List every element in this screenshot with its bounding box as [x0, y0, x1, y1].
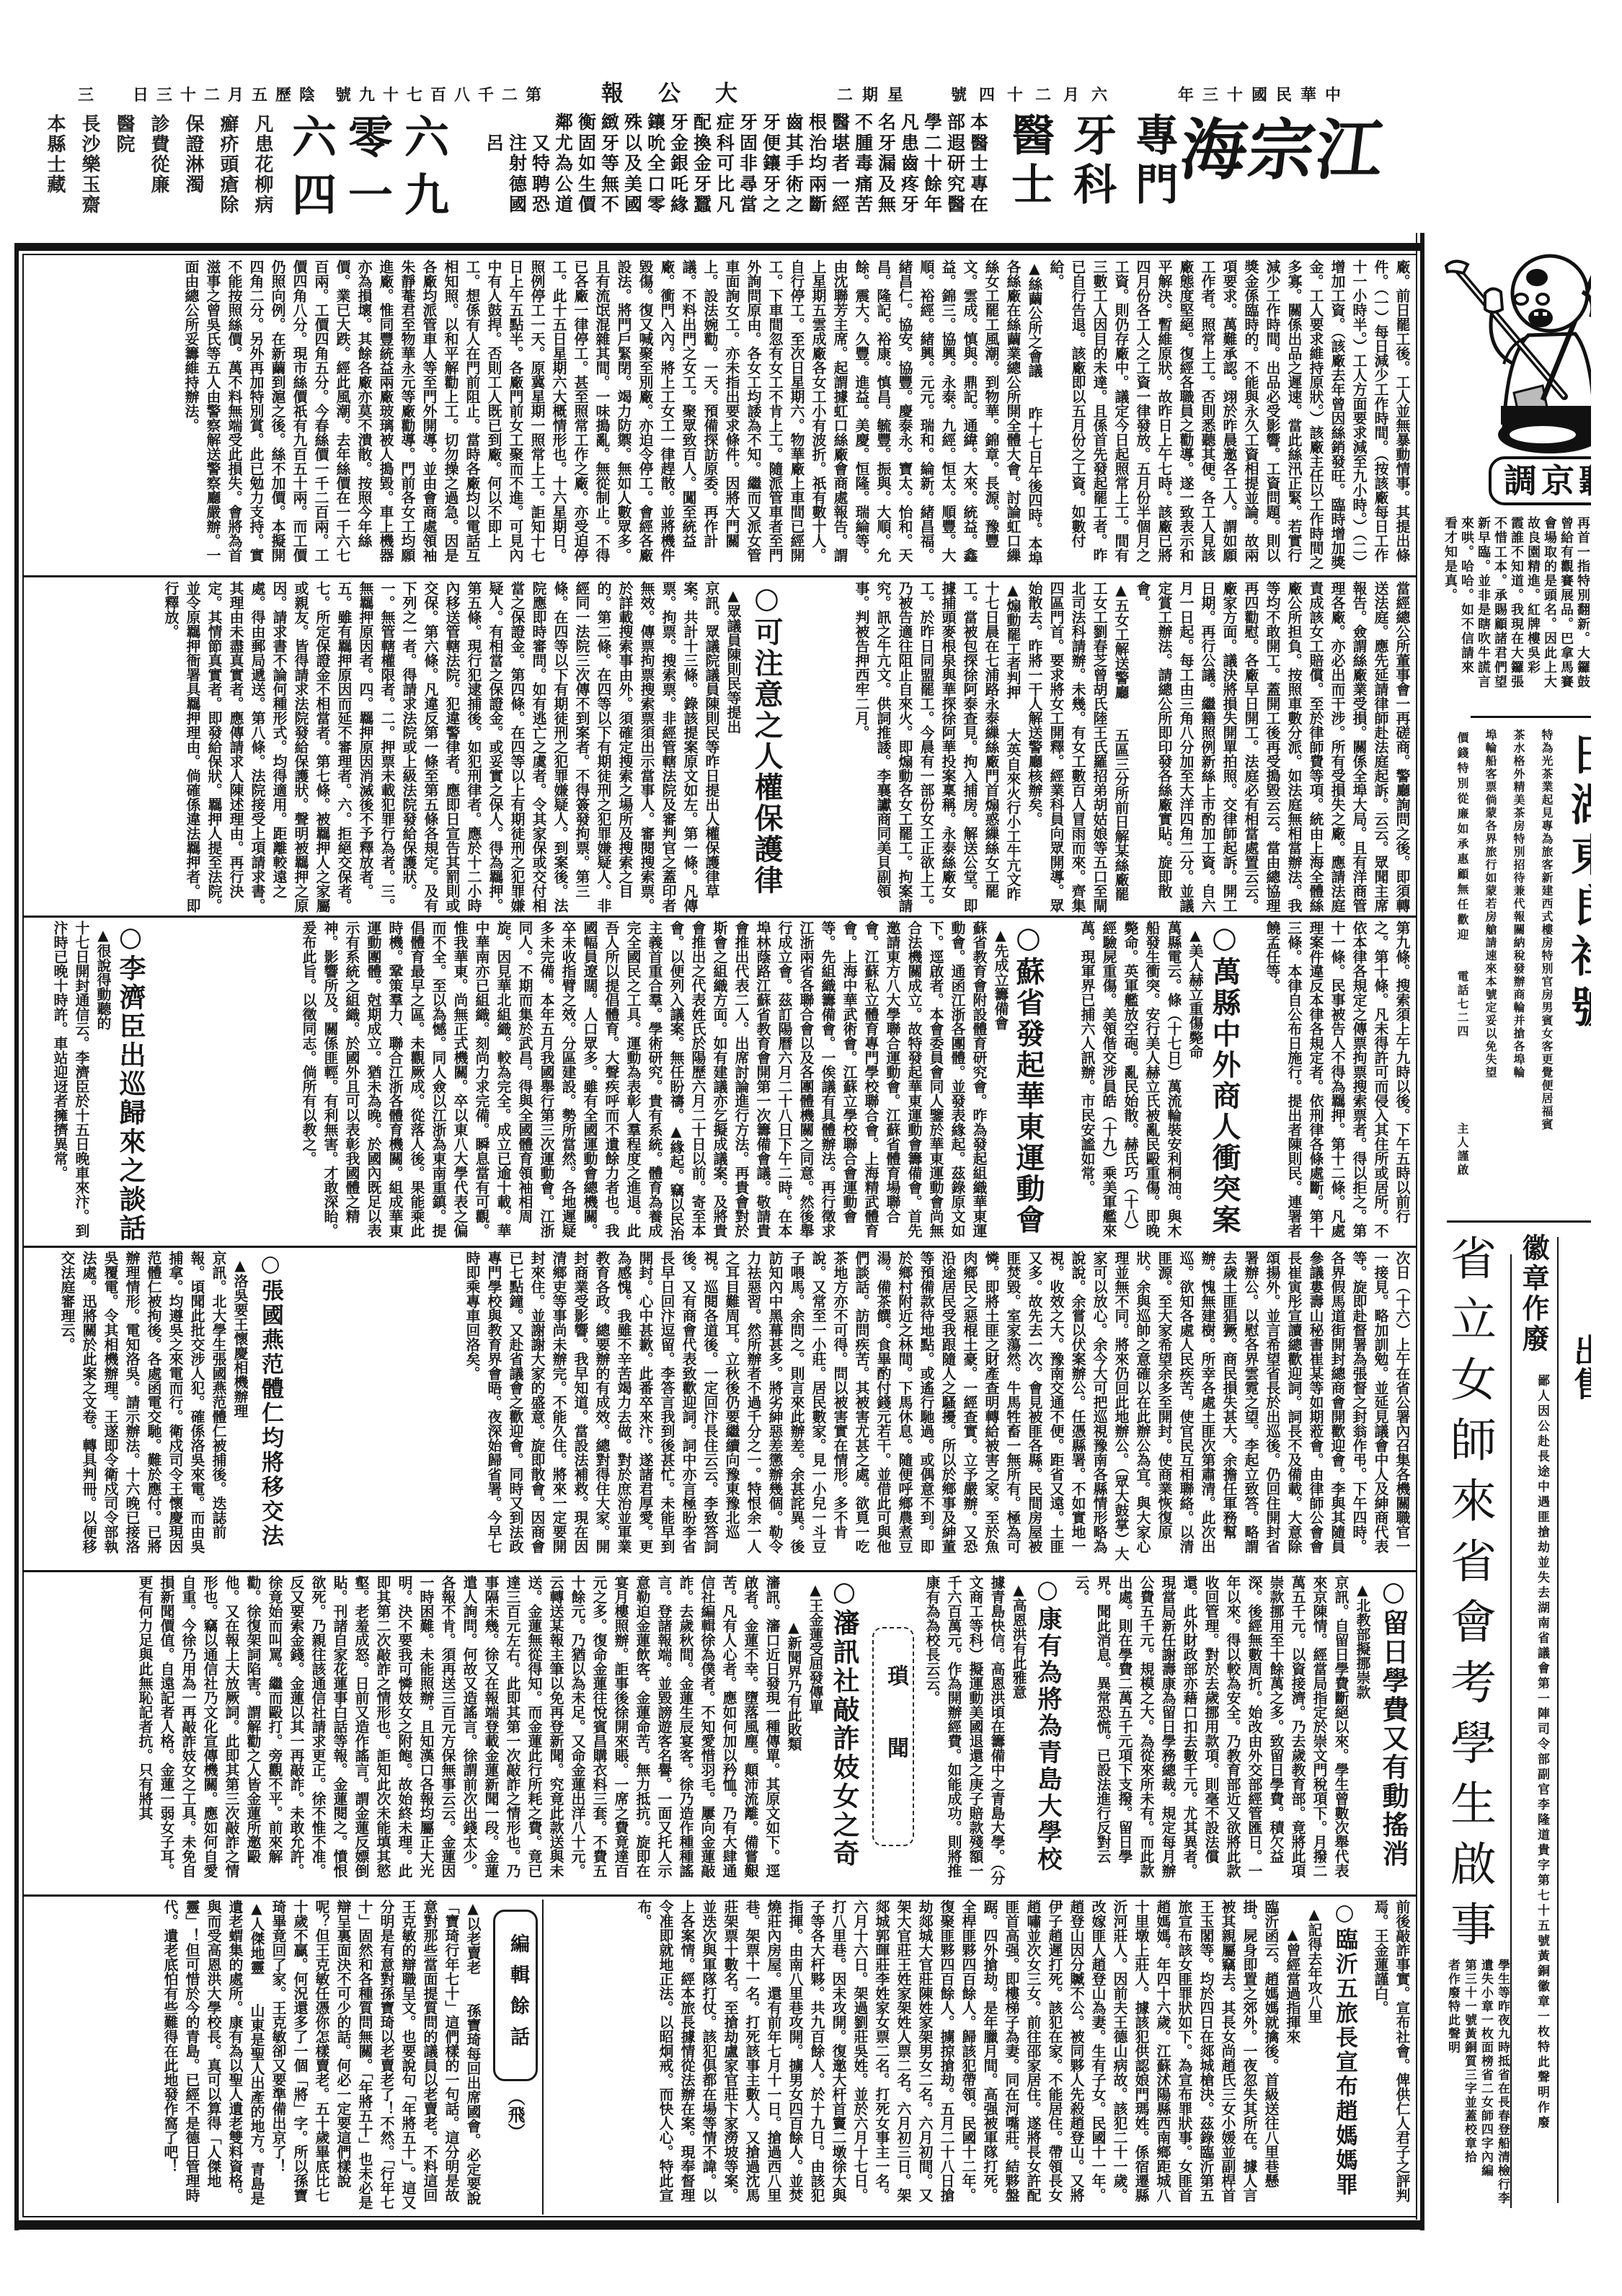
subheading: ▲先成立籌備會	[990, 921, 1011, 1243]
masthead-date: 六月二十四號	[950, 84, 1120, 106]
subheading: ▲煽動罷工者判押	[1004, 581, 1021, 699]
ad-body-row: 在醫年牙無苦經斷之之當凡蠶緣零國不價道恐國	[482, 195, 993, 216]
masthead-newspaper-title: 大公報	[595, 80, 772, 107]
caption-column: 曾給有觀賽展品。巴拿馬賽	[1558, 516, 1574, 705]
girls-school-notice-body: 學生等昨夜九時抵省在長春登船清檢行李 遺失小章一枚面榜省二女師四字內編 第三十一…	[1442, 1959, 1510, 2211]
subheading: ▲北教部擬挪崇款	[1352, 1575, 1373, 1892]
subheading: ▲洛吳要王懷慶相機辦理	[229, 1251, 251, 1567]
headline: ○康有為將為青島大學校長	[1029, 1575, 1067, 1892]
section-divider	[24, 1246, 1416, 1248]
human-rights-law-continuation: 第九條。搜索須上午九時以後。下午五時以前行之。第十條。凡未得許可而侵入其住所或居…	[1244, 921, 1413, 1243]
hotel-ad-body: 特為光茶業起見專為旅客新建西式樓房特別官房男賓女客更覺便居福賓 茶水格外精美茶房…	[1445, 724, 1561, 1179]
dentist-specialty: 專門牙科醫士	[998, 112, 1184, 215]
caption-column: 再首一指特別翻新。大鑼鼓	[1574, 516, 1591, 705]
silk-strike-continuation: 當經總公所董事會一再磋商。警廳詢問之後。即須轉送法庭。應先延請律師赴法庭起訴。云…	[786, 581, 1413, 913]
dentist-ad-body: 本部學凡名不醫根齒牙牙症配牙鑲殊緻衡鄰 醫遐二患牙腫堪治其便固科換金吮以牙固尤又…	[482, 112, 993, 217]
headline: ○蘇省發起華東運動會	[1011, 921, 1047, 1243]
caption-column: 不惜工本。承賜顧諸君們望	[1492, 516, 1508, 705]
notice-column: 者作廢特此聲明	[1444, 1959, 1461, 2211]
headline: ○張國燕范體仁均將移交法庭	[251, 1251, 288, 1567]
badge-notice-title: 徽章作廢	[1517, 1233, 1550, 1357]
subheading: ▲以老賣老	[464, 1900, 482, 1974]
erhu-player-cartoon-icon	[1442, 249, 1591, 458]
caption-column: 看才知是真。	[1442, 516, 1458, 705]
caption-column: 新早臨。並非是瞎吹牛謊言	[1475, 516, 1492, 705]
article-text: 十七日開封通信云。李濟臣於十五日晚車來汴。到汴時已晚十時許。車站迎迓者擁擠異常。	[25, 921, 92, 1243]
section-linyi-editorial: 前後敲詐事實。宣布社會。俾供仁人君子之評判焉。王金蓮謹白。 ○臨沂五旅長宣布趙媽…	[25, 1900, 1413, 2215]
article-text: 當經總公所董事會一再磋商。警廳詢問之後。即須轉送法庭。應先延請律師赴法庭起訴。云…	[1132, 581, 1413, 913]
notice-column: 遺失小章一枚面榜省二女師四字內編	[1477, 1959, 1494, 2211]
section-wanxian-sports-li: 第九條。搜索須上午九時以後。下午五時以前行之。第十條。凡未得許可而侵入其住所或居…	[25, 921, 1413, 1243]
notice-column: 第三十一號黃銅質三字並蓋校章拾	[1461, 1959, 1477, 2211]
left-frame-thick	[14, 243, 19, 2230]
subheading: ▲人傑地靈	[248, 1900, 265, 1974]
cartoon-caption: 再首一指特別翻新。大鑼鼓 曾給有觀賽展品。巴拿馬賽 會場取的是頭名。因此上大 故…	[1436, 516, 1591, 705]
girls-school-notice-title: 省立女師來省會考學生啟事	[1442, 1234, 1496, 1964]
headline: ○萬縣中外商人衝突案	[1206, 921, 1244, 1243]
subheading: ▲記得去年攻八里	[1303, 1900, 1325, 2215]
right-frame-thin	[1416, 233, 1417, 2220]
caption-column: 故良園精進。紅牌樓吳彩	[1525, 516, 1541, 705]
hotel-ad-column: 茶水格外精美茶房特別招待兼代報關納稅發辦商輪并搶各埠輪	[1504, 724, 1533, 1183]
article-text: 萬縣電云。條（十七日）萬流輪裝安利桐油。與木船發生衝突。安行美人赫立氏被亂民毆重…	[1047, 921, 1184, 1243]
newspaper-page: 中華民國十三年 六月二十四號 星期二 大公報 第二千八百七十九號 陰歷五月二十三…	[0, 0, 1622, 2296]
subheading: ▲高恩洪有此雅意	[1008, 1575, 1029, 1892]
masthead-republic-year: 中華民國十三年	[1176, 84, 1350, 106]
section-divider	[24, 1894, 1416, 1897]
article-text: 臨沂函云。趙媽媽就擒後。首級送往八里巷懸掛。屍身即置之郊外。一夜忽失其所在。據人…	[548, 1900, 1282, 2215]
subheading: ▲新聞界乃有此敗類	[783, 1575, 805, 1892]
masthead-issue-number: 第二千八百七十九號	[332, 84, 549, 106]
headline: ○留日學費又有動搖消息	[1373, 1575, 1413, 1892]
trivia-box-column: 瑣聞	[864, 1575, 914, 1892]
caption-column: 會場取的是頭名。因此上大	[1541, 516, 1558, 705]
side-column: 保證淋濁	[176, 114, 210, 222]
article-text: 孫寶琦每回出席國會。必定要說「寶琦行年七十」這們樣的一句話。這分明是故意對那些當…	[270, 1900, 482, 2209]
dentist-phone-bottom: 九一四	[292, 172, 461, 219]
side-column: 凡患花柳病	[245, 114, 280, 222]
cartoon-label: 聽京調	[1489, 456, 1591, 505]
editorial-title-box: 編輯餘話	[493, 1910, 538, 2081]
editorial-header: 編輯餘話 （飛）	[484, 1900, 538, 2215]
headline: ○臨沂五旅長宣布趙媽媽罪狀	[1325, 1900, 1362, 2215]
clinic-side-notice: 凡患花柳病 癬疥頭瘡除 保證淋濁 診費從廉 醫院 長沙樂玉齋 本縣士藏	[35, 114, 280, 222]
article-text: 廠。前日罷工後。工人並無暴動情事。其提出條件。（一）每日減少工作時間。（按該廠每…	[1045, 260, 1413, 574]
dentist-phone-top: 六零六	[292, 114, 461, 161]
editorial-item: ▲人傑地靈 山東是聖人出產的地方。青島是遺老蝟集的處所。康有為以聖人遺老雙料資格…	[159, 1900, 267, 2215]
article-text: 大英自來火行小工牛亢文昨十七日晨在七浦路永泰繅絲廠門首煽惑繅絲女工罷工。當被包探…	[853, 581, 1021, 913]
side-column: 本縣士藏	[37, 114, 72, 222]
caption-column: 來哄。哈哈。如不信請來	[1458, 516, 1475, 705]
ad-body-row: 士研十齒漏毒者均手鑲非可金銀全及等如為特射	[482, 154, 993, 174]
section-silk-strike: 廠。前日罷工後。工人並無暴動情事。其提出條件。（一）每日減少工作時間。（按該廠每…	[25, 260, 1413, 574]
section-divider	[24, 916, 1416, 918]
side-column: 癬疥頭瘡除	[210, 114, 245, 222]
subheading: ▲王金蓮受屈發傳單	[805, 1575, 826, 1892]
partial-sale-ad-clip: 出售	[1569, 1334, 1591, 1413]
editorial-author: （飛）	[500, 2088, 529, 2140]
left-frame-thin	[22, 254, 24, 2217]
bottom-thin-rule	[22, 2216, 1417, 2217]
hotel-ad-column: 埠輪船客票倘蒙各界旅行如蒙若房艙請速來本號定妥以免失望	[1476, 724, 1504, 1183]
masthead-page-number: 三	[69, 84, 94, 106]
side-column: 長沙樂玉齋	[72, 114, 107, 222]
caption-column: 霞誰不知道。我現在大鑼張	[1508, 516, 1525, 705]
hotel-ad-signature: 主人謹啟	[1448, 1122, 1476, 1177]
ad-body-row: 專究餘疼及痛一兩術牙尋比牙吒口美無生公聘德	[482, 174, 993, 195]
column-divider	[538, 1900, 548, 2215]
subheading: ▲絲繭公所之會議	[1026, 260, 1043, 378]
li-speech-continuation: 次日（十六）上午在省公署內召集各機關職官一一接見。略加訓勉。並延見議會中人及紳商…	[288, 1251, 1413, 1567]
article-text: 據青島快信。高恩洪頃在籌備中之青島大學。（分文商工等科）擬運動美國退還之庚子賠款…	[914, 1575, 1008, 1892]
dentist-advertisement: 江宗海 專門牙科醫士 本部學凡名不醫根齒牙牙症配牙鑲殊緻衡鄰 醫遐二患牙腫堪治其…	[0, 108, 1413, 241]
section-divider	[24, 575, 1416, 577]
right-column-divider	[1447, 1220, 1591, 1223]
badge-notice-body: 鄙人因公赴長途中遇匪搶劫並失去湖南省議會第一陣司令部副官李隆道貴字第七十五號黃銅…	[1531, 1374, 1553, 2163]
hotel-ad-phone: 電話七二四	[1448, 970, 1476, 1039]
headline: ○可注意之人權保護律	[744, 581, 786, 913]
article-text: 京訊。北大學生張國燕范體仁被捕後。迭誌前報。頃聞此批交涉人犯。確係洛吳來電。而由…	[25, 1251, 229, 1567]
editorial-item: ▲以老賣老 孫寶琦每回出席國會。必定要說「寶琦行年七十」這們樣的一句話。這分明是…	[267, 1900, 484, 2215]
hotel-ad-column: 特為光茶業起見專為旅客新建西式樓房特別官房男賓女客更覺便居福賓	[1533, 724, 1561, 1183]
extortion-continuation: 前後敲詐事實。宣布社會。俾供仁人君子之評判焉。王金蓮謹白。	[1362, 1900, 1413, 2215]
ad-body-row: 本部學凡名不醫根齒牙牙症配牙鑲殊緻衡鄰	[482, 112, 993, 133]
side-column: 診費從廉	[141, 114, 176, 222]
top-thin-rule	[22, 254, 1417, 255]
masthead-weekday: 星期二	[835, 84, 913, 106]
right-frame-thick	[1420, 233, 1424, 2230]
article-text: 京訊。眾議院議員陳則民等昨日提出人權保護律草案。共計十三條。錄該提案原文如左。第…	[25, 581, 722, 913]
ad-body-row: 醫遐二患牙腫堪治其便固科換金吮以牙固尤又注呂	[482, 133, 993, 154]
hotel-ad-column: 價錢特別從廉如承惠顧無任歡迎 電話七二四 主人謹啟	[1448, 724, 1476, 1179]
subheading: ▲眾議員陳則民等提出	[722, 581, 744, 913]
editorial-body: ▲以老賣老 孫寶琦每回出席國會。必定要說「寶琦行年七十」這們樣的一句話。這分明是…	[25, 1900, 484, 2215]
article-text: 蘇省教育會附設體育研究會。昨為發起組織華東運動會。通函江浙各團體。並發表緣起。茲…	[150, 921, 990, 1243]
trivia-box: 瑣聞	[872, 1627, 914, 1846]
notice-divider	[1510, 1254, 1512, 2208]
hotel-ad-title: 日湖東良社號	[1564, 732, 1591, 1049]
section-divider	[24, 1570, 1416, 1572]
article-paragraph: ▲絲繭公所之會議 昨十七日午後四時。本埠各絲廠在絲繭業總公所開全體大會。討論虹口…	[180, 260, 1045, 574]
dentist-name: 江宗海	[1176, 114, 1388, 186]
hotel-ad-price-line: 價錢特別從廉如承惠顧無任歡迎	[1448, 732, 1476, 944]
bottom-thick-rule	[14, 2220, 1424, 2230]
subheading: ▲曾經當過指揮來	[1282, 1900, 1303, 2215]
headline: ○瀋訊社敲詐妓女之奇聞	[826, 1575, 864, 1892]
article-paragraph: ▲五女工解送警廳 五區三分所前日解某絲廠罷工女工劉春芝曾胡氏陸王氏羅招弟胡姑娘等…	[1024, 581, 1132, 913]
masthead-lunar-date: 陰歷五月二十三日	[131, 84, 323, 106]
partial-sale-ad-title: 出售	[1569, 1334, 1591, 1413]
article-text: 京訊。自留日學費斷絕以來。學生曾數次舉代表來京陳情。經當局指定於崇文門稅項下。月…	[1067, 1575, 1352, 1892]
hotel-ad-title-clip: 日湖東良社號	[1564, 732, 1591, 1049]
subheading: ▲五女工解送警廳	[1112, 581, 1130, 699]
right-column: 聽京調 再首一指特別翻新。大鑼鼓 曾給有觀賽展品。巴拿馬賽 會場取的是頭名。因此…	[1426, 0, 1591, 2296]
section-li-speech-zhang-fan: 次日（十六）上午在省公署內召集各機關職官一一接見。略加訓勉。並延見議會中人及紳商…	[25, 1251, 1413, 1567]
side-column: 醫院	[107, 114, 141, 222]
article-text: 昨十七日午後四時。本埠各絲廠在絲繭業總公所開全體大會。討論虹口繅絲女工罷工風潮。…	[182, 260, 1043, 565]
right-column-divider	[1471, 716, 1591, 718]
section-tuition-kang-extortion: ○留日學費又有動搖消息 ▲北教部擬挪崇款 京訊。自留日學費斷絕以來。學生曾數次舉…	[25, 1575, 1413, 1892]
top-thick-rule	[14, 243, 1424, 251]
article-paragraph: ▲煽動罷工者判押 大英自來火行小工牛亢文昨十七日晨在七浦路永泰繅絲廠門首煽惑繅絲…	[851, 581, 1024, 913]
subheading: ▲美人赫立重傷斃命	[1184, 921, 1206, 1243]
notice-divider	[1557, 1237, 1559, 2203]
article-text: 瀋訊。瀋口近日發現一種傳單。其原文如下。逕啟者。金蓮不幸。墮落風塵。顛沛流離。備…	[25, 1575, 783, 1892]
section-human-rights-law: 當經總公所董事會一再磋商。警廳詢問之後。即須轉送法庭。應先延請律師赴法庭起訴。云…	[25, 581, 1413, 913]
notice-column: 學生等昨夜九時抵省在長春登船清檢行李	[1494, 1959, 1510, 2211]
headline: ○李濟臣出巡歸來之談話	[114, 921, 150, 1243]
subheading: ▲很說得動聽的	[92, 921, 114, 1243]
